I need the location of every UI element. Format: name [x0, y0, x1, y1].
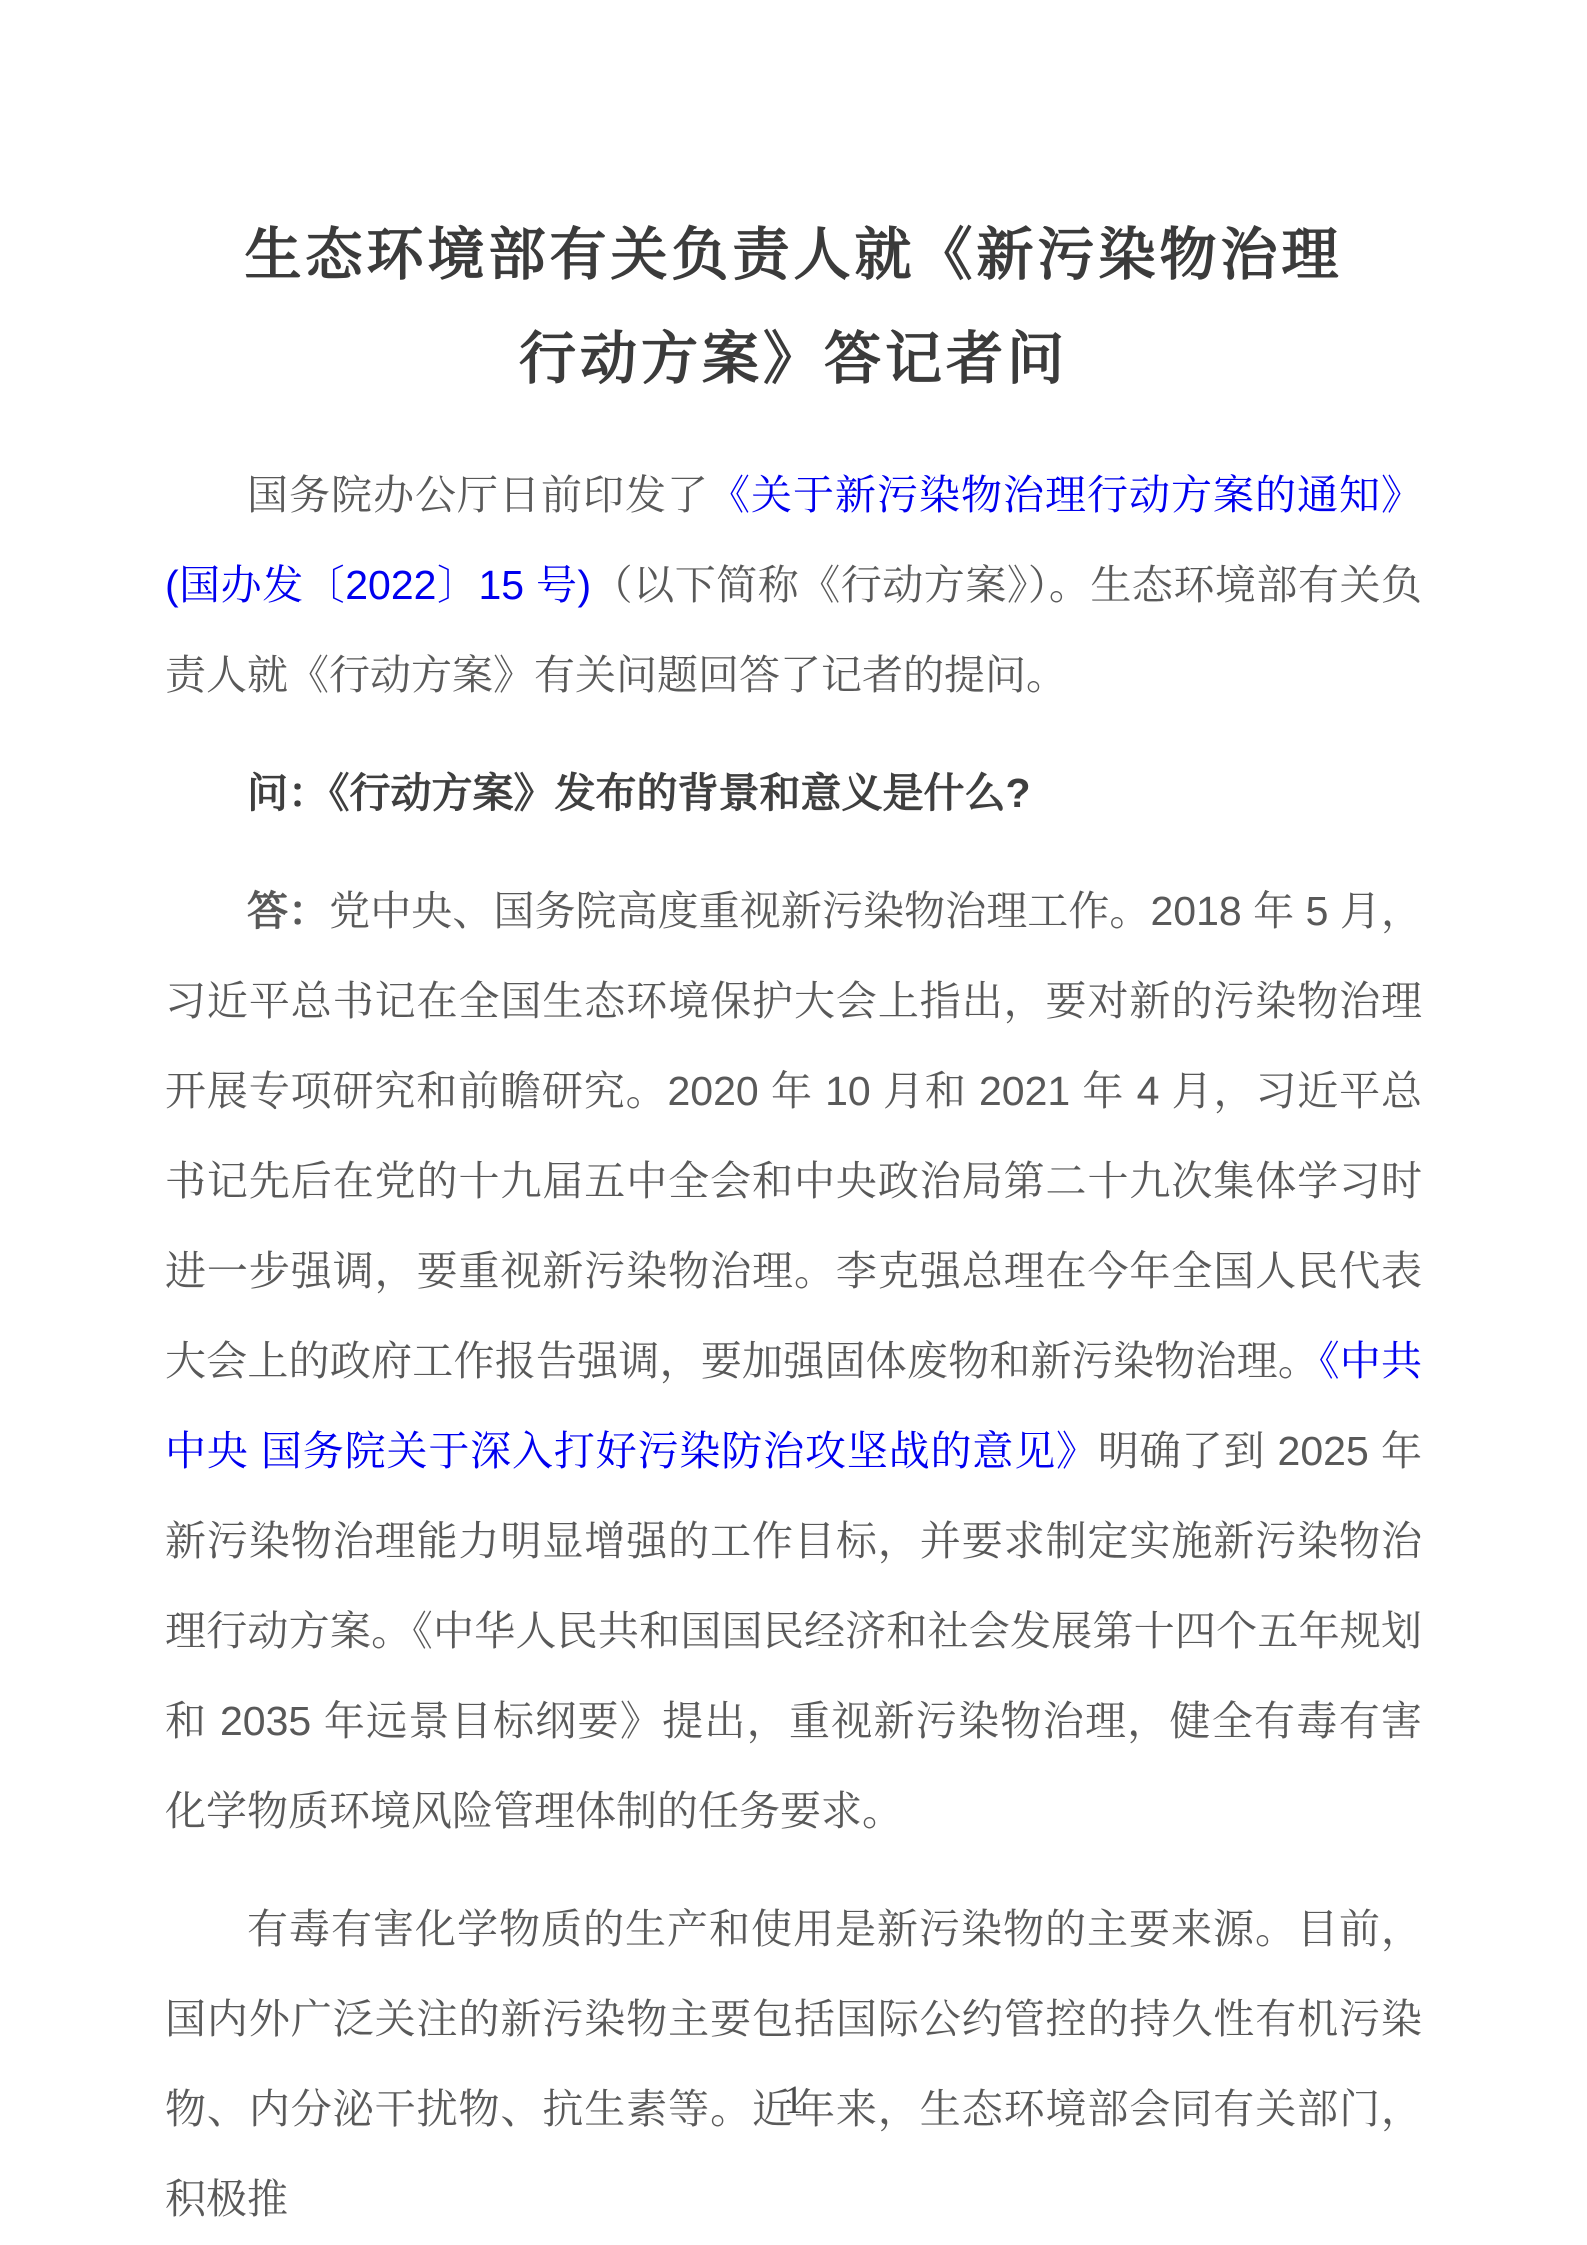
text-segment: 党中央、国务院高度重视新污染物治理工作。2018 年 5 月，习近平总书记在全国… [165, 888, 1422, 1384]
paragraph-intro: 国务院办公厅日前印发了《关于新污染物治理行动方案的通知》(国办发〔2022〕15… [165, 450, 1422, 720]
paragraph-sources: 有毒有害化学物质的生产和使用是新污染物的主要来源。目前，国内外广泛关注的新污染物… [165, 1884, 1422, 2244]
text-segment: 问：《行动方案》发布的背景和意义是什么? [247, 770, 1031, 816]
title-line-1: 生态环境部有关负责人就《新污染物治理 [245, 224, 1343, 287]
document-title: 生态环境部有关负责人就《新污染物治理 行动方案》答记者问 [165, 38, 1422, 412]
text-segment: 答： [247, 888, 329, 934]
text-segment: 国务院办公厅日前印发了 [247, 472, 709, 518]
paragraph-answer: 答：党中央、国务院高度重视新污染物治理工作。2018 年 5 月，习近平总书记在… [165, 866, 1422, 1856]
text-segment: 明确了到 2025 年新污染物治理能力明显增强的工作目标，并要求制定实施新污染物… [165, 1428, 1422, 1834]
title-line-2: 行动方案》答记者问 [519, 328, 1068, 391]
text-segment: 有毒有害化学物质的生产和使用是新污染物的主要来源。目前，国内外广泛关注的新污染物… [165, 1906, 1422, 2222]
page-number: 1 [0, 2076, 1587, 2123]
document-page: 生态环境部有关负责人就《新污染物治理 行动方案》答记者问 国务院办公厅日前印发了… [0, 0, 1587, 2245]
document-content: 生态环境部有关负责人就《新污染物治理 行动方案》答记者问 国务院办公厅日前印发了… [165, 38, 1422, 2244]
paragraph-question: 问：《行动方案》发布的背景和意义是什么? [165, 748, 1422, 838]
